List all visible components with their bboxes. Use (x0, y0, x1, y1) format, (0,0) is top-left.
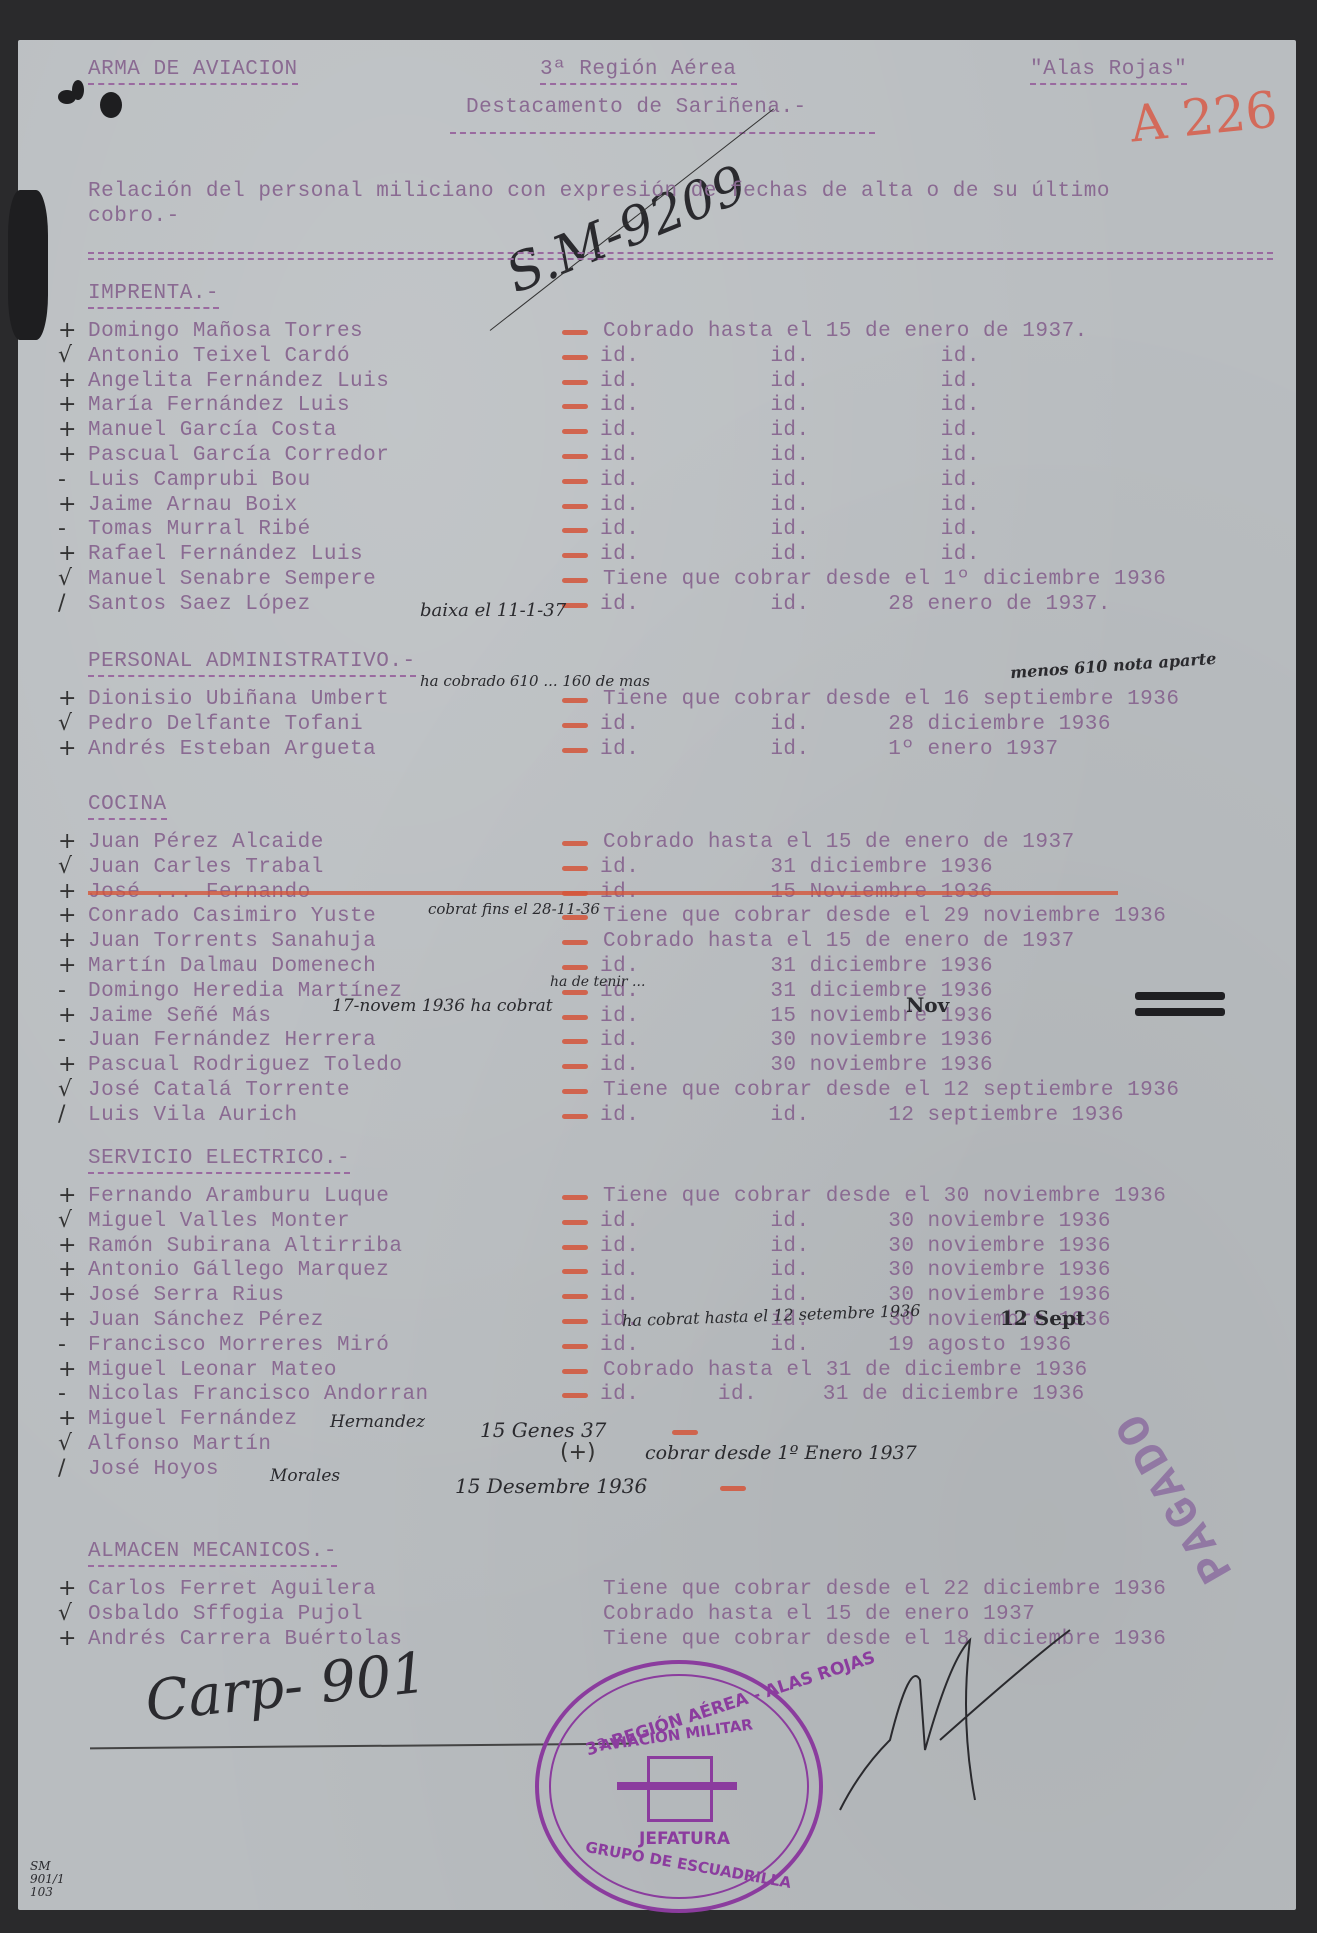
payment-status: id. id. id. (600, 394, 980, 417)
section-title: PERSONAL ADMINISTRATIVO.- (88, 650, 416, 677)
payment-status: id. 31 diciembre 1936 (600, 955, 993, 978)
plus-mark: (+) (560, 1440, 596, 1465)
official-seal: 3ª REGIÓN AÉREA - ALAS ROJAS AVIACIÓN MI… (535, 1660, 823, 1913)
check-mark-icon: + (58, 492, 76, 517)
person-name: Rafael Fernández Luis (88, 543, 363, 566)
payment-status: id. id. 19 agosto 1936 (600, 1334, 1072, 1357)
wings-icon (617, 1782, 737, 1790)
intro-rule (88, 252, 1273, 254)
check-mark-icon: + (58, 903, 76, 928)
person-name: Juan Torrents Sanahuja (88, 930, 376, 953)
payment-status: Cobrado hasta el 31 de diciembre 1936 (603, 1359, 1088, 1382)
red-mark (562, 578, 588, 583)
person-name: Antonio Gállego Marquez (88, 1259, 389, 1282)
check-mark-icon: + (58, 417, 76, 442)
payment-status: Tiene que cobrar desde el 12 septiembre … (603, 1079, 1180, 1102)
check-mark-icon: / (58, 1456, 65, 1481)
check-mark-icon: + (58, 1576, 76, 1601)
check-mark-icon: + (58, 736, 76, 761)
check-mark-icon: + (58, 368, 76, 393)
person-name: José Hoyos (88, 1458, 219, 1481)
header-right: "Alas Rojas" (1030, 58, 1187, 85)
header-subtitle: Destacamento de Sariñena.- (466, 96, 807, 119)
payment-status: id. id. 30 noviembre 1936 (600, 1259, 1111, 1282)
check-mark-icon: √ (58, 1601, 72, 1626)
person-name: Manuel García Costa (88, 419, 337, 442)
payment-status: id. id. id. (600, 494, 980, 517)
note-alfonso: cobrar desde 1º Enero 1937 (645, 1442, 917, 1464)
red-mark (562, 1269, 588, 1274)
check-mark-icon: / (58, 591, 65, 616)
red-mark (562, 404, 588, 409)
payment-status: id. id. 30 noviembre 1936 (600, 1235, 1111, 1258)
check-mark-icon: + (58, 1257, 76, 1282)
person-name: José Catalá Torrente (88, 1079, 350, 1102)
note-conrado: cobrat fins el 28-11-36 (428, 900, 600, 918)
payment-status: id. id. 28 diciembre 1936 (600, 713, 1111, 736)
check-mark-icon: √ (58, 1431, 72, 1456)
check-mark-icon: + (58, 541, 76, 566)
person-name: Juan Sánchez Pérez (88, 1309, 324, 1332)
red-mark (562, 454, 588, 459)
red-mark (562, 1344, 588, 1349)
header-left: ARMA DE AVIACION (88, 58, 298, 85)
person-name: Manuel Senabre Sempere (88, 568, 376, 591)
subtitle-rule (450, 132, 875, 134)
person-name: Carlos Ferret Aguilera (88, 1578, 376, 1601)
red-mark (562, 1039, 588, 1044)
red-mark (720, 1486, 746, 1491)
person-name: Andrés Esteban Argueta (88, 738, 376, 761)
person-name: Angelita Fernández Luis (88, 370, 389, 393)
person-name: José Serra Rius (88, 1284, 285, 1307)
person-name: Martín Dalmau Domenech (88, 955, 376, 978)
check-mark-icon: - (58, 516, 66, 541)
header-center: 3ª Región Aérea (540, 58, 737, 85)
ink-blot (58, 90, 76, 104)
red-mark (562, 528, 588, 533)
check-mark-icon: + (58, 1282, 76, 1307)
person-name: María Fernández Luis (88, 394, 350, 417)
check-mark-icon: √ (58, 1208, 72, 1233)
scribble-out (1135, 992, 1225, 1000)
section-title: SERVICIO ELECTRICO.- (88, 1147, 350, 1174)
payment-status: id. 30 noviembre 1936 (600, 1029, 993, 1052)
check-mark-icon: + (58, 829, 76, 854)
note-sept: 12 Sept (1000, 1306, 1085, 1330)
check-mark-icon: + (58, 879, 76, 904)
check-mark-icon: + (58, 392, 76, 417)
note-heredia: ha de tenir ... (550, 974, 645, 990)
payment-status: id. id. id. (600, 370, 980, 393)
person-name: Francisco Morreres Miró (88, 1334, 389, 1357)
archive-ref: SM 901/1 103 (30, 1860, 65, 1899)
check-mark-icon: √ (58, 711, 72, 736)
person-name: Pascual Rodriguez Toledo (88, 1054, 402, 1077)
red-mark (562, 698, 588, 703)
payment-status: Tiene que cobrar desde el 29 noviembre 1… (603, 905, 1166, 928)
red-mark (562, 1319, 588, 1324)
person-name: Luis Camprubi Bou (88, 469, 311, 492)
person-name: Tomas Murral Ribé (88, 518, 311, 541)
check-mark-icon: - (58, 978, 66, 1003)
signature (830, 1620, 1170, 1820)
red-mark (562, 723, 588, 728)
note-hoyos-date: 15 Desembre 1936 (455, 1474, 647, 1498)
red-mark (562, 380, 588, 385)
check-mark-icon: + (58, 1307, 76, 1332)
red-mark (562, 355, 588, 360)
red-mark (562, 1294, 588, 1299)
payment-status: Tiene que cobrar desde el 1º diciembre 1… (603, 568, 1166, 591)
note-miguel-suffix: Hernandez (330, 1412, 425, 1432)
seal-center-text: JEFATURA (639, 1829, 730, 1849)
check-mark-icon: - (58, 1027, 66, 1052)
payment-status: id. id. id. (600, 444, 980, 467)
red-mark (562, 866, 588, 871)
check-mark-icon: - (58, 1332, 66, 1357)
person-name: Jaime Señé Más (88, 1005, 271, 1028)
section-title: ALMACEN MECANICOS.- (88, 1540, 337, 1567)
ink-blot (100, 92, 122, 118)
intro-line-2: cobro.- (88, 205, 180, 228)
check-mark-icon: + (58, 1406, 76, 1431)
check-mark-icon: - (58, 1381, 66, 1406)
person-name: Juan Fernández Herrera (88, 1029, 376, 1052)
person-name: Miguel Fernández (88, 1408, 298, 1431)
payment-status: id. 30 noviembre 1936 (600, 1054, 993, 1077)
check-mark-icon: + (58, 1357, 76, 1382)
person-name: Ramón Subirana Altirriba (88, 1235, 402, 1258)
red-mark (562, 1220, 588, 1225)
person-name: Osbaldo Sffogia Pujol (88, 1603, 363, 1626)
red-mark (562, 553, 588, 558)
intro-line-1: Relación del personal miliciano con expr… (88, 180, 1110, 203)
torn-edge (8, 190, 48, 340)
section-title: COCINA (88, 793, 167, 820)
check-mark-icon: √ (58, 343, 72, 368)
red-mark (562, 748, 588, 753)
payment-status: id. id. id. (600, 543, 980, 566)
check-mark-icon: + (58, 1003, 76, 1028)
person-name: Nicolas Francisco Andorran (88, 1383, 429, 1406)
payment-status: Tiene que cobrar desde el 16 septiembre … (603, 688, 1180, 711)
payment-status: id. id. 12 septiembre 1936 (600, 1104, 1124, 1127)
note-nov: Nov (906, 993, 949, 1017)
red-mark (562, 1089, 588, 1094)
check-mark-icon: √ (58, 1077, 72, 1102)
check-mark-icon: + (58, 442, 76, 467)
payment-status: Cobrado hasta el 15 de enero de 1937 (603, 831, 1075, 854)
payment-status: Tiene que cobrar desde el 22 diciembre 1… (603, 1578, 1166, 1601)
check-mark-icon: + (58, 1626, 76, 1651)
person-name: Juan Carles Trabal (88, 856, 324, 879)
check-mark-icon: - (58, 467, 66, 492)
person-name: Domingo Mañosa Torres (88, 320, 363, 343)
payment-status: id. 31 diciembre 1936 (600, 856, 993, 879)
check-mark-icon: + (58, 318, 76, 343)
person-name: Jaime Arnau Boix (88, 494, 298, 517)
note-miguel-date: 15 Genes 37 (480, 1418, 606, 1442)
red-mark (562, 1369, 588, 1374)
red-mark (562, 1064, 588, 1069)
person-name: Pascual García Corredor (88, 444, 389, 467)
payment-status: id. id. 28 enero de 1937. (600, 593, 1111, 616)
red-mark (562, 841, 588, 846)
red-mark (562, 1393, 588, 1398)
check-mark-icon: + (58, 953, 76, 978)
person-name: Santos Saez López (88, 593, 311, 616)
section-title: IMPRENTA.- (88, 282, 219, 309)
person-name: Juan Pérez Alcaide (88, 831, 324, 854)
payment-status: id. id. id. (600, 419, 980, 442)
red-mark (562, 1245, 588, 1250)
person-name: Miguel Valles Monter (88, 1210, 350, 1233)
strike-through (88, 891, 1118, 895)
payment-status: id. id. id. (600, 345, 980, 368)
payment-status: id. id. id. (600, 518, 980, 541)
check-mark-icon: + (58, 686, 76, 711)
check-mark-icon: + (58, 928, 76, 953)
payment-status: id. id. 31 de diciembre 1936 (600, 1383, 1085, 1406)
red-mark (562, 1015, 588, 1020)
check-mark-icon: + (58, 1183, 76, 1208)
person-name: Dionisio Ubiñana Umbert (88, 688, 389, 711)
person-name: Miguel Leonar Mateo (88, 1359, 337, 1382)
payment-status: id. id. 30 noviembre 1936 (600, 1210, 1111, 1233)
note-hoyos-suffix: Morales (270, 1466, 340, 1486)
note-santos: baixa el 11-1-37 (420, 600, 566, 621)
check-mark-icon: √ (58, 854, 72, 879)
red-mark (672, 1430, 698, 1435)
payment-status: id. id. 1º enero 1937 (600, 738, 1059, 761)
note-dionisio-margin: ha cobrado 610 ... 160 de mas (420, 672, 650, 690)
person-name: Conrado Casimiro Yuste (88, 905, 376, 928)
check-mark-icon: + (58, 1052, 76, 1077)
person-name: Fernando Aramburu Luque (88, 1185, 389, 1208)
person-name: Antonio Teixel Cardó (88, 345, 350, 368)
red-mark (562, 479, 588, 484)
check-mark-icon: / (58, 1102, 65, 1127)
red-mark (562, 330, 588, 335)
red-mark (562, 965, 588, 970)
intro-rule (88, 258, 1273, 260)
red-mark (562, 940, 588, 945)
red-mark (562, 1114, 588, 1119)
red-mark (562, 429, 588, 434)
payment-status: Cobrado hasta el 15 de enero de 1937 (603, 930, 1075, 953)
person-name: Pedro Delfante Tofani (88, 713, 363, 736)
payment-status: Cobrado hasta el 15 de enero de 1937. (603, 320, 1088, 343)
payment-status: Tiene que cobrar desde el 30 noviembre 1… (603, 1185, 1166, 1208)
person-name: Luis Vila Aurich (88, 1104, 298, 1127)
check-mark-icon: √ (58, 566, 72, 591)
red-mark (562, 1195, 588, 1200)
person-name: Alfonso Martín (88, 1433, 271, 1456)
check-mark-icon: + (58, 1233, 76, 1258)
red-mark (562, 504, 588, 509)
note-sene: 17-novem 1936 ha cobrat (332, 996, 553, 1016)
scribble-out (1135, 1008, 1225, 1016)
payment-status: id. id. id. (600, 469, 980, 492)
red-mark (562, 990, 588, 995)
